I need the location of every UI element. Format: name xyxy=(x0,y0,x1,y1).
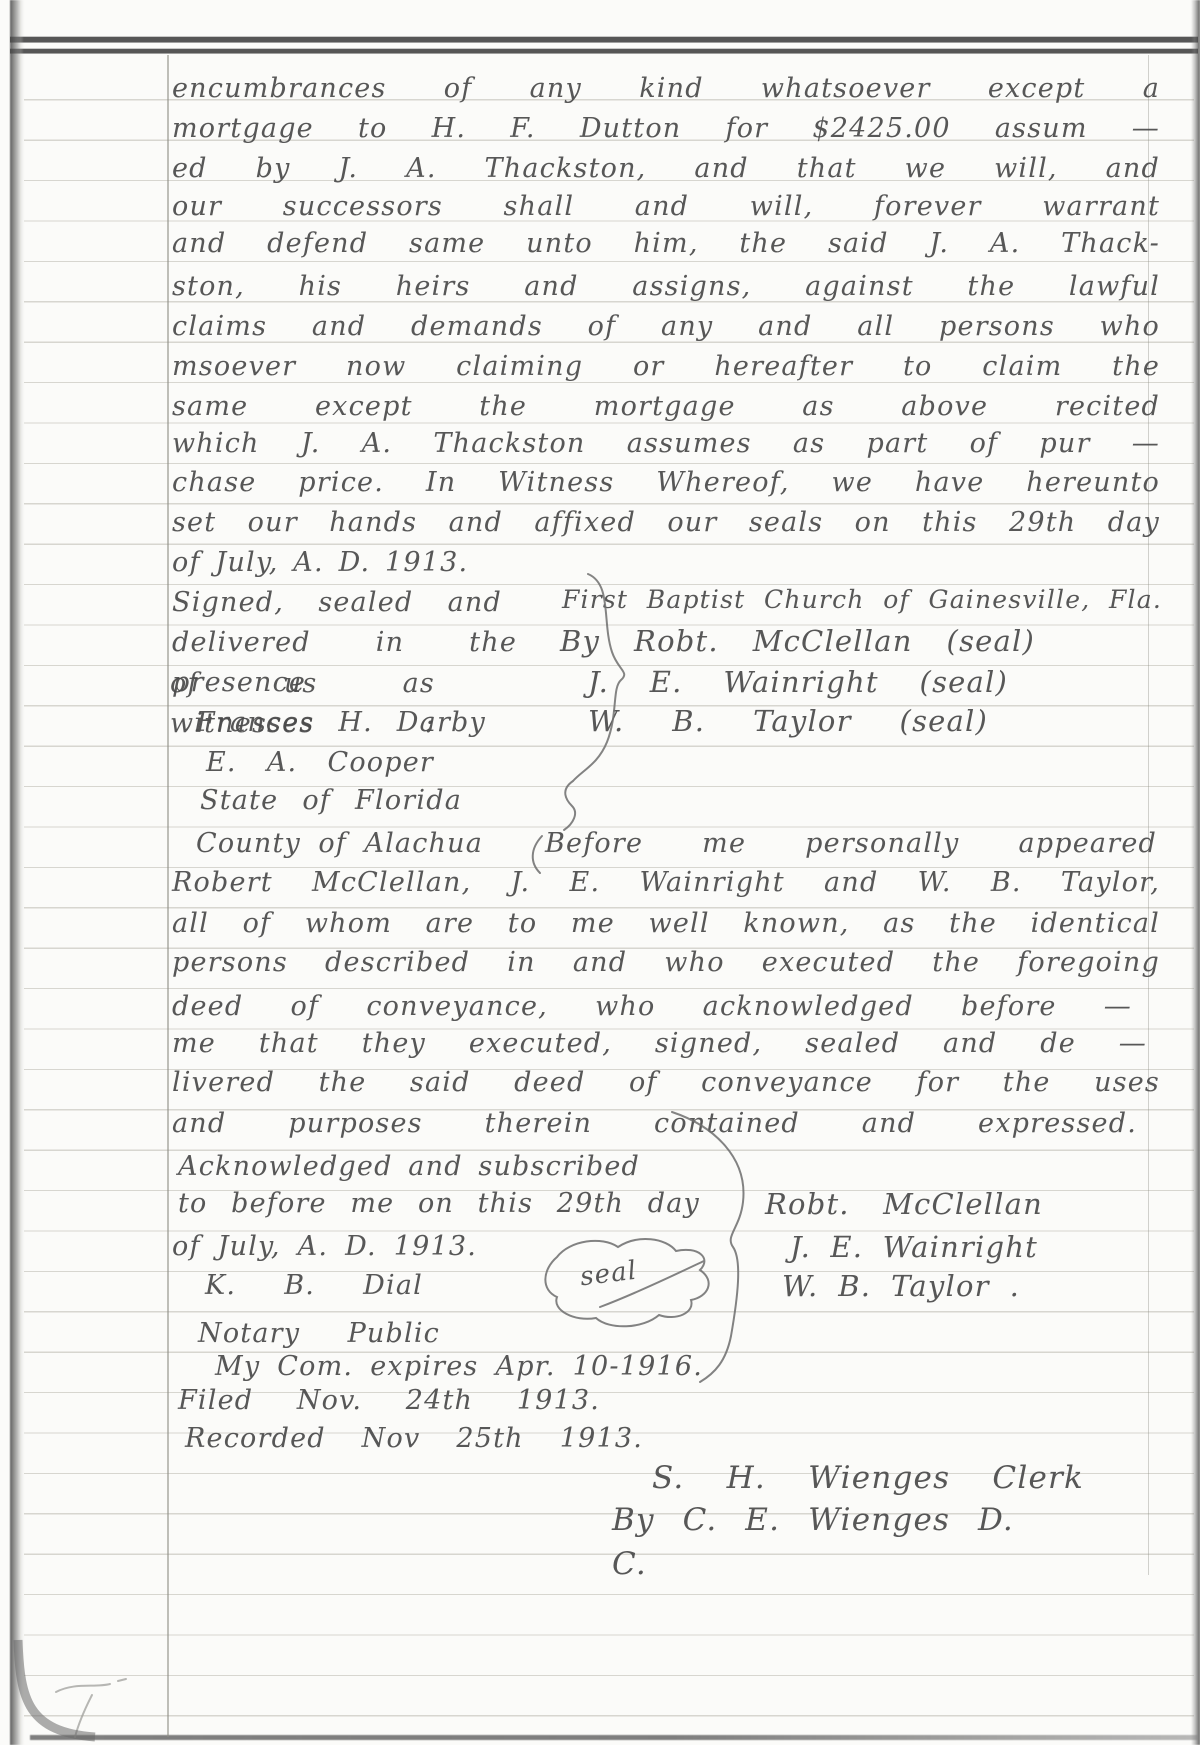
deed-body-line: our successors shall and will, forever w… xyxy=(172,187,1160,227)
top-double-rule-lower xyxy=(10,49,1198,53)
deed-body-line: same except the mortgage as above recite… xyxy=(172,387,1160,427)
deed-body-line: and defend same unto him, the said J. A.… xyxy=(172,224,1160,264)
acknowledged-signature: J. E. Wainright xyxy=(790,1227,1038,1267)
deed-record-page: encumbrances of any kind whatsoever exce… xyxy=(0,0,1200,1745)
acknowledgment-line: livered the said deed of conveyance for … xyxy=(172,1063,1160,1103)
deed-body-line: set our hands and affixed our seals on t… xyxy=(172,503,1160,543)
deed-body-line: msoever now claiming or hereafter to cla… xyxy=(172,347,1160,387)
venue-state: State of Florida xyxy=(200,781,462,821)
scan-corner-bottom-left xyxy=(18,1640,95,1737)
margin-line-left xyxy=(167,55,169,1737)
deputy-clerk-signature: By C. E. Wienges D. C. xyxy=(612,1498,1014,1538)
acknowledgment-line: Before me personally appeared xyxy=(545,824,1157,864)
seal-annotation: seal xyxy=(578,1251,640,1298)
acknowledged-signature: W. B. Taylor . xyxy=(782,1266,1020,1306)
grantor-signature: W. B. Taylor (seal) xyxy=(588,701,988,741)
jurat-line: to before me on this 29th day xyxy=(178,1184,700,1224)
grantor-name: First Baptist Church of Gainesville, Fla… xyxy=(562,580,1162,620)
deed-body-line: encumbrances of any kind whatsoever exce… xyxy=(172,69,1160,109)
scan-edge-bottom xyxy=(30,1735,1198,1740)
acknowledgment-line: me that they executed, signed, sealed an… xyxy=(172,1024,1147,1064)
deed-body-line: ston, his heirs and assigns, against the… xyxy=(172,267,1160,307)
witness-signature: E. A. Cooper xyxy=(206,743,434,783)
notary-signature: K. B. Dial xyxy=(205,1266,423,1306)
attestation-line: of us as witnesses : xyxy=(170,664,435,704)
acknowledgment-line: persons described in and who executed th… xyxy=(172,943,1160,983)
deed-body-line: ed by J. A. Thackston, and that we will,… xyxy=(172,149,1160,189)
deed-body-line: claims and demands of any and all person… xyxy=(172,307,1160,347)
attestation-line: delivered in the presence xyxy=(172,623,517,663)
clerk-signature: S. H. Wienges Clerk xyxy=(652,1456,1084,1496)
recorded-line: Recorded Nov 25th 1913. xyxy=(185,1419,643,1459)
pencil-mark xyxy=(56,1679,126,1692)
binding-edge-left xyxy=(10,0,24,1745)
scan-edge-right xyxy=(1191,0,1200,1745)
acknowledgment-line: all of whom are to me well known, as the… xyxy=(172,904,1160,944)
brace-signatures xyxy=(672,1112,743,1382)
grantor-signature: J. E. Wainright (seal) xyxy=(588,662,1008,702)
jurat-line: of July, A. D. 1913. xyxy=(172,1227,477,1267)
venue-county: County of Alachua xyxy=(196,824,483,864)
attestation-line: Signed, sealed and xyxy=(172,583,502,623)
acknowledgment-line: deed of conveyance, who acknowledged bef… xyxy=(172,987,1132,1027)
deed-body-line: which J. A. Thackston assumes as part of… xyxy=(172,424,1160,464)
deed-body-line: chase price. In Witness Whereof, we have… xyxy=(172,463,1160,503)
top-double-rule-upper xyxy=(10,37,1198,42)
deed-body-line: of July, A. D. 1913. xyxy=(172,543,468,583)
deed-body-line: mortgage to H. F. Dutton for $2425.00 as… xyxy=(172,109,1160,149)
filed-line: Filed Nov. 24th 1913. xyxy=(178,1381,600,1421)
grantor-signature: By Robt. McClellan (seal) xyxy=(560,621,1035,661)
brace-venue xyxy=(564,781,575,830)
pencil-mark xyxy=(75,1695,92,1737)
acknowledged-signature: Robt. McClellan xyxy=(765,1184,1043,1224)
witness-signature: Frances H. Darby xyxy=(196,703,486,743)
acknowledgment-line: Robert McClellan, J. E. Wainright and W.… xyxy=(172,863,1160,903)
jurat-line: Acknowledged and subscribed xyxy=(178,1147,640,1187)
acknowledgment-line: and purposes therein contained and expre… xyxy=(172,1104,1137,1144)
